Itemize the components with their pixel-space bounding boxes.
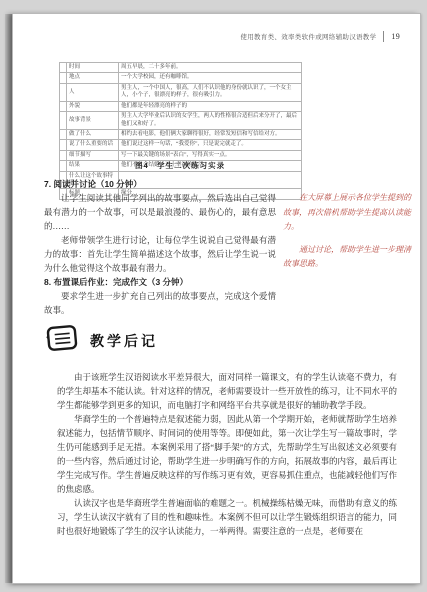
table-row: 人 男主人，一个中国人，很高，人们不认识他的身份就认识了，一个女主人，小个子，很… (60, 83, 302, 101)
afterword-title: 教学后记 (90, 331, 158, 351)
table-row-content: 男主人大学毕业后认识的女学生，两人的性格很合适但后来分开了，最后他们又和好了。 (119, 112, 302, 130)
table-row-marker (60, 101, 67, 111)
step-7-paragraph: 老师带领学生进行讨论，让每位学生说说自己觉得最有潜力的故事：首先让学生简单描述这… (44, 233, 276, 275)
step-7-heading: 7. 阅读并讨论（10 分钟） (44, 177, 276, 191)
book-page: 使用教育类、效率类软件或网络辅助汉语教学 19 时间 周五早晨，二十多年前。 地… (12, 13, 421, 584)
table-row-marker (60, 129, 67, 139)
margin-note: 通过讨论，帮助学生进一步理清故事思路。 (283, 243, 411, 272)
margin-notes: 在大屏幕上展示各位学生提到的故事，再次借机帮助学生提高认读能力。 通过讨论，帮助… (283, 191, 411, 280)
afterword-header: 教学后记 (46, 324, 158, 357)
table-row-marker (60, 63, 67, 73)
step-8-heading: 8. 布置课后作业：完成作文（3 分钟） (44, 275, 276, 289)
table-row: 外貌 他们都是年轻漂亮的样子的 (60, 101, 302, 111)
table-row-marker (60, 150, 67, 160)
figure-caption: 图4 学生二次练习实录 (135, 160, 225, 171)
table-row-marker (60, 112, 67, 130)
margin-note: 在大屏幕上展示各位学生提到的故事，再次借机帮助学生提高认读能力。 (283, 191, 411, 235)
table-row-content: 周五早晨，二十多年前。 (119, 63, 302, 73)
table-row: 说了什么重要的话 他们说过这样一句话，“我爱你”，只是说完就走了。 (60, 140, 302, 150)
table-row-label: 时间 (67, 63, 119, 73)
table-row-label: 结果 (67, 161, 119, 171)
table-row-content: 他们都是年轻漂亮的样子的 (119, 101, 302, 111)
table-row-marker (60, 140, 67, 150)
page-number: 19 (391, 32, 400, 41)
table-row-content: 相约去看电影，他们俩大家聊得很好，经常发短信和写信给对方。 (119, 129, 302, 139)
table-row-marker (60, 161, 67, 171)
table-row-content: 他们说过这样一句话，“我爱你”，只是说完就走了。 (119, 140, 302, 150)
book-page-background: { "header": { "title": "使用教育类、效率类软件或网络辅助… (0, 0, 427, 592)
running-header-title: 使用教育类、效率类软件或网络辅助汉语教学 (240, 32, 376, 41)
table-row-marker (60, 73, 67, 83)
step-8-paragraph: 要求学生进一步扩充自己列出的故事要点，完成这个爱情故事。 (44, 289, 276, 317)
table-row: 时间 周五早晨，二十多年前。 (60, 63, 302, 73)
afterword-paragraph: 华裔学生的一个普遍特点是叙述能力弱，因此从第一个学期开始，老师就帮助学生培养叙述… (57, 412, 397, 496)
table-row-content: 一个大学校园，还有咖啡馆。 (119, 73, 302, 83)
lesson-steps: 7. 阅读并讨论（10 分钟） 让学生阅读其他同学列出的故事要点，然后选出自己觉… (44, 177, 276, 317)
table-row-label: 外貌 (67, 101, 119, 111)
table-row-label: 细节描写 (67, 150, 119, 160)
afterword-body: 由于该班学生汉语阅读水平差异很大，面对同样一篇课文，有的学生认读毫不费力，有的学… (57, 370, 397, 538)
table-row: 地点 一个大学校园，还有咖啡馆。 (60, 73, 302, 83)
header-divider (383, 31, 384, 42)
table-row: 故事背景 男主人大学毕业后认识的女学生，两人的性格很合适但后来分开了，最后他们又… (60, 112, 302, 130)
table-row-label: 故事背景 (67, 112, 119, 130)
afterword-paragraph: 认读汉字也是华裔班学生普遍面临的难题之一。机械操练枯燥无味，而借助有意义的练习，… (57, 496, 397, 538)
table-row: 做了什么 相约去看电影，他们俩大家聊得很好，经常发短信和写信给对方。 (60, 129, 302, 139)
table-row-label: 地点 (67, 73, 119, 83)
table-row-marker (60, 83, 67, 101)
table-row-label: 人 (67, 83, 119, 101)
afterword-paragraph: 由于该班学生汉语阅读水平差异很大，面对同样一篇课文，有的学生认读毫不费力，有的学… (57, 370, 397, 412)
table-row-label: 做了什么 (67, 129, 119, 139)
notebook-icon (46, 324, 78, 357)
table-row-content: 男主人，一个中国人，很高，人们不认识他的身份就认识了，一个女主人，小个子，很漂亮… (119, 83, 302, 101)
step-7-paragraph: 让学生阅读其他同学列出的故事要点，然后选出自己觉得最有潜力的一个故事，可以是最浪… (44, 191, 276, 233)
running-header: 使用教育类、效率类软件或网络辅助汉语教学 19 (240, 31, 400, 42)
table-row-label: 说了什么重要的话 (67, 140, 119, 150)
